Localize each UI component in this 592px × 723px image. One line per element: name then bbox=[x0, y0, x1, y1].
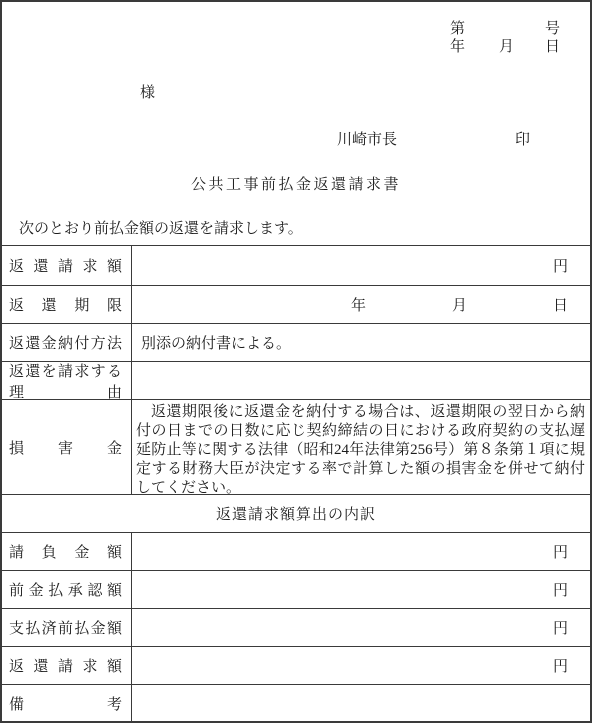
table-row-refund-request-amount-breakdown: 返還請求額 円 bbox=[2, 647, 590, 685]
row-value: 返還期限後に返還金を納付する場合は、返還期限の翌日から納付の日までの日数に応じ契… bbox=[132, 400, 590, 494]
table-row-refund-reason: 返還を請求する 理由 bbox=[2, 362, 590, 400]
table-row-remarks: 備考 bbox=[2, 685, 590, 721]
row-label-text: 損害金 bbox=[9, 437, 122, 458]
row-label: 損害金 bbox=[2, 400, 132, 494]
unit-yen: 円 bbox=[553, 617, 568, 638]
unit-yen: 円 bbox=[553, 655, 568, 676]
document-title: 公共工事前払金返還請求書 bbox=[2, 173, 590, 194]
request-table: 返還請求額 円 返還期限 年 月 日 返還金納付方法 別添の納付書による。 bbox=[2, 245, 590, 721]
row-value: 別添の納付書による。 bbox=[132, 324, 590, 361]
row-label-text: 請負金額 bbox=[9, 541, 122, 562]
document-page: 第 号 年 月 日 様 川崎市長 印 公共工事前払金返還請求書 次のとおり前払金… bbox=[0, 0, 592, 723]
intro-sentence: 次のとおり前払金額の返還を請求します。 bbox=[19, 220, 303, 239]
row-label-text: 返還金納付方法 bbox=[9, 332, 122, 353]
row-value-empty bbox=[132, 362, 590, 399]
row-label-text: 返還期限 bbox=[9, 294, 122, 315]
row-label: 請負金額 bbox=[2, 533, 132, 570]
row-value: 円 bbox=[132, 246, 590, 285]
issuer-name: 川崎市長 bbox=[337, 131, 397, 150]
table-row-breakdown-header: 返還請求額算出の内訳 bbox=[2, 495, 590, 533]
row-label-line1: 返還を請求する bbox=[9, 360, 122, 381]
row-value: 円 bbox=[132, 647, 590, 684]
table-row-paid-advance-amount: 支払済前払金額 円 bbox=[2, 609, 590, 647]
row-label: 返還を請求する 理由 bbox=[2, 362, 132, 399]
row-label: 返還期限 bbox=[2, 286, 132, 323]
breakdown-section-title: 返還請求額算出の内訳 bbox=[2, 495, 590, 532]
addressee-suffix: 様 bbox=[140, 84, 155, 103]
row-label: 返還金納付方法 bbox=[2, 324, 132, 361]
row-label-text: 返還請求額 bbox=[9, 655, 122, 676]
table-row-contract-amount: 請負金額 円 bbox=[2, 533, 590, 571]
row-label: 支払済前払金額 bbox=[2, 609, 132, 646]
month-label: 月 bbox=[452, 294, 467, 315]
row-label-text: 支払済前払金額 bbox=[9, 617, 122, 638]
row-label-text: 返還請求額 bbox=[9, 255, 122, 276]
unit-yen: 円 bbox=[553, 255, 568, 276]
row-value: 円 bbox=[132, 533, 590, 570]
date-year-label: 年 bbox=[450, 38, 465, 57]
year-label: 年 bbox=[351, 294, 366, 315]
date-month-label: 月 bbox=[499, 38, 514, 57]
table-row-refund-request-amount: 返還請求額 円 bbox=[2, 246, 590, 286]
unit-yen: 円 bbox=[553, 579, 568, 600]
row-label: 前金払承認額 bbox=[2, 571, 132, 608]
row-value: 円 bbox=[132, 571, 590, 608]
doc-number-prefix: 第 bbox=[450, 20, 465, 39]
row-value: 年 月 日 bbox=[132, 286, 590, 323]
day-label: 日 bbox=[553, 294, 568, 315]
doc-number-suffix: 号 bbox=[545, 20, 560, 39]
row-value: 円 bbox=[132, 609, 590, 646]
row-label: 返還請求額 bbox=[2, 647, 132, 684]
row-value-empty bbox=[132, 685, 590, 721]
unit-yen: 円 bbox=[553, 541, 568, 562]
row-label: 備考 bbox=[2, 685, 132, 721]
table-row-refund-deadline: 返還期限 年 月 日 bbox=[2, 286, 590, 324]
date-day-label: 日 bbox=[545, 38, 560, 57]
table-row-damages: 損害金 返還期限後に返還金を納付する場合は、返還期限の翌日から納付の日までの日数… bbox=[2, 400, 590, 495]
row-label: 返還請求額 bbox=[2, 246, 132, 285]
seal-mark: 印 bbox=[515, 131, 530, 150]
row-label-line2: 理由 bbox=[9, 381, 122, 402]
table-row-payment-method: 返還金納付方法 別添の納付書による。 bbox=[2, 324, 590, 362]
payment-method-text: 別添の納付書による。 bbox=[141, 332, 291, 353]
row-label-text: 備考 bbox=[9, 693, 122, 714]
table-row-approved-advance-amount: 前金払承認額 円 bbox=[2, 571, 590, 609]
row-label-text: 前金払承認額 bbox=[9, 579, 122, 600]
damages-clause-text: 返還期限後に返還金を納付する場合は、返還期限の翌日から納付の日までの日数に応じ契… bbox=[136, 403, 585, 498]
